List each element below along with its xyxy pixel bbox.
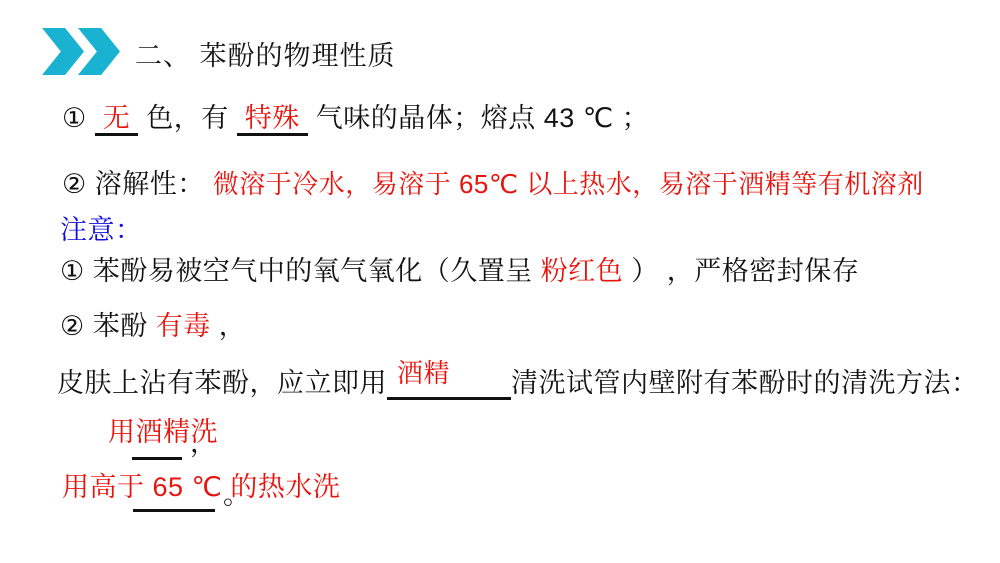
period: 。 xyxy=(223,480,251,510)
blank-underline xyxy=(132,429,182,460)
comma: ， xyxy=(190,428,218,458)
line1-prefix: ① xyxy=(62,103,87,133)
skin-wash-post: 清洗试管内壁附有苯酚时的清洗方法： xyxy=(511,368,979,398)
note-line-oxidation: ① 苯酚易被空气中的氧气氧化（久置呈 粉红色 ） ，严格密封保存 xyxy=(60,254,859,288)
toxic-pre: ② 苯酚 xyxy=(60,311,148,341)
note-line-toxic: ② 苯酚 有毒 ， xyxy=(60,309,246,343)
property-line-color: ① 无 色，有 特殊 气味的晶体；熔点 43 ℃ ； xyxy=(62,101,649,136)
slide: 二、 苯酚的物理性质 ① 无 色，有 特殊 气味的晶体；熔点 43 ℃ ； ② … xyxy=(0,0,1000,563)
note-line-skin-wash: 皮肤上沾有苯酚，应立即用酒精清洗试管内壁附有苯酚时的清洗方法： xyxy=(57,366,979,400)
blank-answer-alcohol: 酒精 xyxy=(387,358,511,388)
answer-underline-2: 。 xyxy=(133,478,251,512)
property-line-solubility: ② 溶解性： 微溶于冷水，易溶于 65℃ 以上热水，易溶于酒精等有机溶剂 xyxy=(62,167,924,201)
solubility-label: ② 溶解性： xyxy=(62,169,205,199)
solubility-answer: 微溶于冷水，易溶于 65℃ 以上热水，易溶于酒精等有机溶剂 xyxy=(213,169,924,199)
chevron-right-icon xyxy=(78,28,120,75)
double-chevron-icon xyxy=(42,28,122,75)
oxidation-post: ） ，严格密封保存 xyxy=(631,256,859,286)
toxic-post: ， xyxy=(219,311,247,341)
oxidation-pre: ① 苯酚易被空气中的氧气氧化（久置呈 xyxy=(60,256,533,286)
note-heading: 注意： xyxy=(60,213,143,247)
toxic-highlight: 有毒 xyxy=(156,311,211,341)
note-label: 注意： xyxy=(60,215,143,245)
answer-underline-1: ， xyxy=(132,426,218,460)
oxidation-highlight-pink: 粉红色 xyxy=(541,256,624,286)
blank-answer-special: 特殊 xyxy=(237,103,308,136)
chevron-right-icon xyxy=(42,28,84,75)
line1-mid: 色，有 xyxy=(146,103,229,133)
skin-wash-pre: 皮肤上沾有苯酚，应立即用 xyxy=(57,368,387,398)
fill-blank-alcohol: 酒精 xyxy=(387,366,511,400)
page-title: 二、 苯酚的物理性质 xyxy=(135,34,396,73)
blank-answer-colorless: 无 xyxy=(95,103,139,136)
blank-underline xyxy=(133,481,215,512)
line1-rest: 气味的晶体；熔点 43 ℃ ； xyxy=(316,103,649,133)
